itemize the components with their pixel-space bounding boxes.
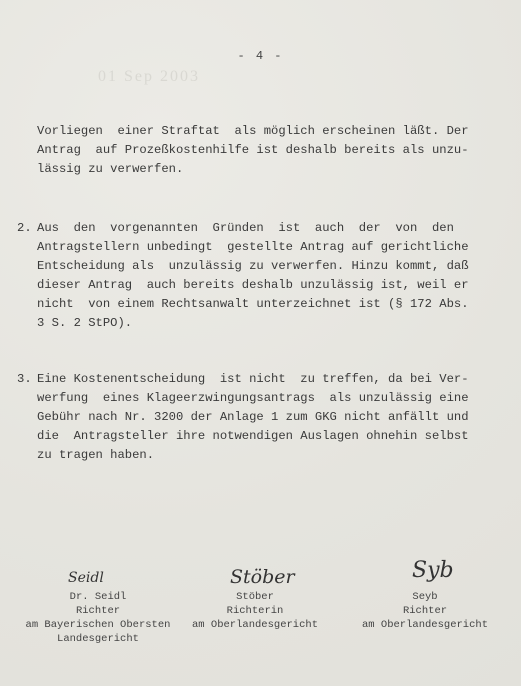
signer-court: am Bayerischen Obersten	[18, 618, 178, 632]
paragraph-2: 2. Aus den vorgenannten Gründen ist auch…	[17, 219, 487, 333]
paragraph-line: 3 S. 2 StPO).	[37, 314, 487, 333]
signer-title: Richter	[345, 604, 505, 618]
paragraph-line: werfung eines Klageerzwingungsantrags al…	[37, 389, 487, 408]
signer-court: Landesgericht	[18, 632, 178, 646]
signature-block-stoeber: Stöber Richterin am Oberlandesgericht	[175, 590, 335, 632]
paragraph-number: 2.	[17, 219, 32, 238]
bleed-through-stamp-date: 01 Sep 2003	[98, 68, 200, 86]
signer-name: Dr. Seidl	[18, 590, 178, 604]
handwritten-signature-seidl: Seidl	[68, 570, 104, 586]
signer-title: Richterin	[175, 604, 335, 618]
paragraph-line: Vorliegen einer Straftat als möglich ers…	[37, 122, 487, 141]
paragraph-number: 3.	[17, 370, 32, 389]
signer-name: Stöber	[175, 590, 335, 604]
paragraph-line: Aus den vorgenannten Gründen ist auch de…	[37, 219, 487, 238]
paragraph-line: Eine Kostenentscheidung ist nicht zu tre…	[37, 370, 487, 389]
paragraph-line: Antragstellern unbedingt gestellte Antra…	[37, 238, 487, 257]
page-number: - 4 -	[0, 49, 521, 63]
paragraph-line: Gebühr nach Nr. 3200 der Anlage 1 zum GK…	[37, 408, 487, 427]
paragraph-line: die Antragsteller ihre notwendigen Ausla…	[37, 427, 487, 446]
handwritten-signature-stoeber: Stöber	[230, 566, 295, 588]
signer-name: Seyb	[345, 590, 505, 604]
paragraph-1: Vorliegen einer Straftat als möglich ers…	[37, 122, 487, 179]
paragraph-line: zu tragen haben.	[37, 446, 487, 465]
signature-block-seyb: Seyb Richter am Oberlandesgericht	[345, 590, 505, 632]
paragraph-line: dieser Antrag auch bereits deshalb unzul…	[37, 276, 487, 295]
signer-title: Richter	[18, 604, 178, 618]
paragraph-line: lässig zu verwerfen.	[37, 160, 487, 179]
paragraph-line: Entscheidung als unzulässig zu verwerfen…	[37, 257, 487, 276]
paragraph-line: Antrag auf Prozeßkostenhilfe ist deshalb…	[37, 141, 487, 160]
paragraph-3: 3. Eine Kostenentscheidung ist nicht zu …	[17, 370, 487, 465]
signer-court: am Oberlandesgericht	[175, 618, 335, 632]
document-page: 01 Sep 2003 - 4 - Vorliegen einer Straft…	[0, 0, 521, 686]
signature-block-seidl: Dr. Seidl Richter am Bayerischen Oberste…	[18, 590, 178, 646]
signer-court: am Oberlandesgericht	[345, 618, 505, 632]
paragraph-line: nicht von einem Rechtsanwalt unterzeichn…	[37, 295, 487, 314]
handwritten-signature-seyb: Syb	[412, 558, 454, 583]
